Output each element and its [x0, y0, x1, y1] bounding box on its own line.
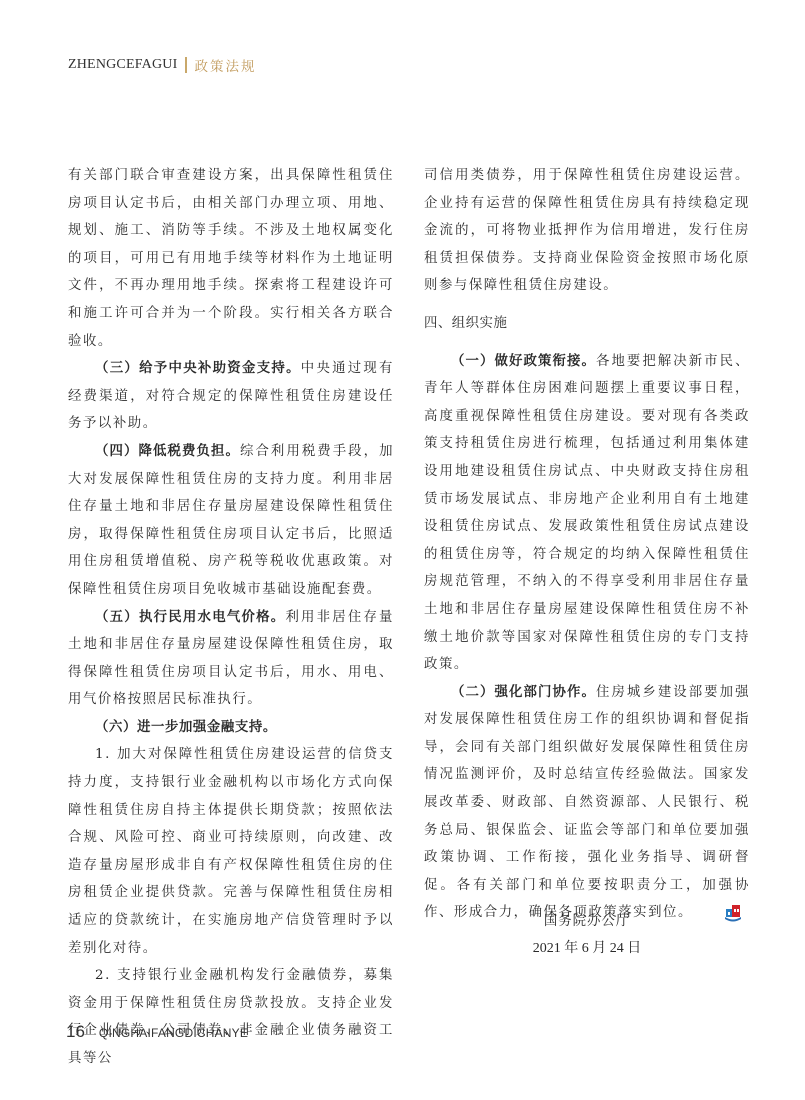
right-column: 司信用类债券，用于保障性租赁住房建设运营。企业持有运营的保障性租赁住房具有持续稳…	[424, 162, 750, 927]
section-name-cn: 政策法规	[194, 55, 256, 75]
paragraph-heading: （五）执行民用水电气价格。	[95, 610, 285, 625]
paragraph: 1. 加大对保障性租赁住房建设运营的信贷支持力度，支持银行业金融机构以市场化方式…	[68, 741, 394, 962]
section-title: 四、组织实施	[424, 310, 750, 338]
paragraph: （一）做好政策衔接。各地要把解决新市民、青年人等群体住房困难问题摆上重要议事日程…	[424, 348, 750, 679]
paragraph: 2. 支持银行业金融机构发行金融债券，募集资金用于保障性租赁住房贷款投放。支持企…	[68, 962, 394, 1072]
paragraph-heading: （二）强化部门协作。	[451, 685, 596, 700]
magazine-name: QINGHAIFANGDICHANYE	[99, 1026, 248, 1040]
paragraph-heading: （六）进一步加强金融支持。	[95, 720, 277, 735]
running-header: ZHENGCEFAGUI 政策法规	[68, 55, 256, 75]
paragraph: （五）执行民用水电气价格。利用非居住存量土地和非居住存量房屋建设保障性租赁住房，…	[68, 604, 394, 714]
left-column: 有关部门联合审查建设方案，出具保障性租赁住房项目认定书后，由相关部门办理立项、用…	[68, 162, 394, 1073]
paragraph: （四）降低税费负担。综合利用税费手段，加大对发展保障性租赁住房的支持力度。利用非…	[68, 438, 394, 604]
paragraph-heading: （三）给予中央补助资金支持。	[95, 361, 301, 376]
paragraph-heading: （一）做好政策衔接。	[451, 354, 596, 369]
page-number: 16	[66, 1022, 85, 1042]
paragraph-heading: （四）降低税费负担。	[95, 444, 240, 459]
paragraph-body: 各地要把解决新市民、青年人等群体住房困难问题摆上重要议事日程，高度重视保障性租赁…	[424, 354, 750, 673]
signature-date: 2021 年 6 月 24 日	[424, 937, 750, 957]
paragraph-body: 住房城乡建设部要加强对发展保障性租赁住房工作的组织协调和督促指导，会同有关部门组…	[424, 685, 750, 921]
signature-organization: 国务院办公厅	[424, 910, 750, 929]
page-footer: 16 QINGHAIFANGDICHANYE	[66, 1022, 248, 1042]
paragraph: （三）给予中央补助资金支持。中央通过现有经费渠道，对符合规定的保障性租赁住房建设…	[68, 355, 394, 438]
header-divider	[185, 57, 187, 73]
paragraph-body: 综合利用税费手段，加大对发展保障性租赁住房的支持力度。利用非居住存量土地和非居住…	[68, 444, 394, 597]
paragraph: （六）进一步加强金融支持。	[68, 714, 394, 742]
paragraph: 司信用类债券，用于保障性租赁住房建设运营。企业持有运营的保障性租赁住房具有持续稳…	[424, 162, 750, 300]
paragraph: （二）强化部门协作。住房城乡建设部要加强对发展保障性租赁住房工作的组织协调和督促…	[424, 679, 750, 927]
paragraph: 有关部门联合审查建设方案，出具保障性租赁住房项目认定书后，由相关部门办理立项、用…	[68, 162, 394, 355]
section-name-en: ZHENGCEFAGUI	[68, 57, 177, 73]
